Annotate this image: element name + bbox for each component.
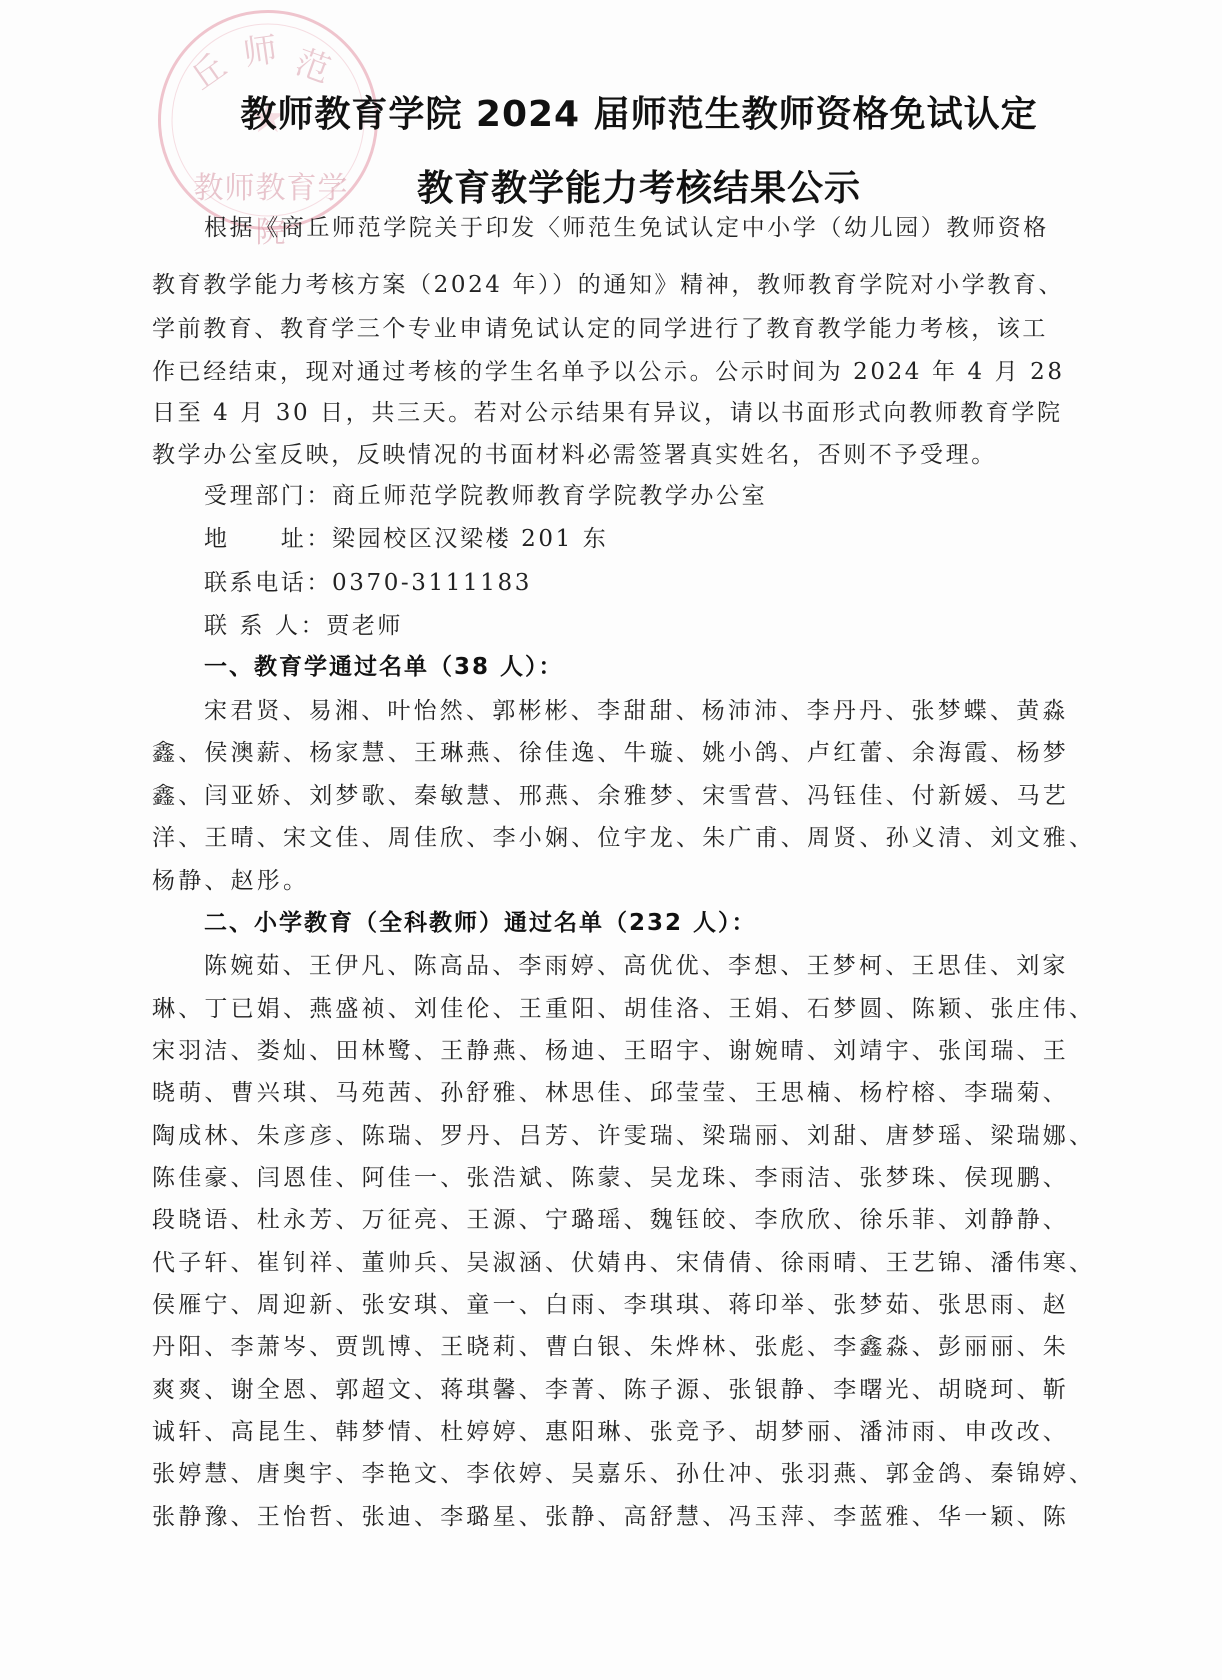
phone-label: 联系电话：: [204, 570, 332, 596]
name-list-line: 陈佳豪、闫恩佳、阿佳一、张浩斌、陈蒙、吴龙珠、李雨洁、张梦珠、侯现鹏、: [152, 1163, 1032, 1193]
person-label: 联 系 人：: [204, 613, 326, 639]
address-value: 梁园校区汉梁楼 201 东: [332, 526, 608, 552]
name-list-line: 鑫、侯澳薪、杨家慧、王琳燕、徐佳逸、牛璇、姚小鸽、卢红蕾、余海霞、杨梦: [152, 738, 1032, 768]
paragraph-line: 教学办公室反映，反映情况的书面材料必需签署真实姓名，否则不予受理。: [152, 440, 1032, 470]
name-list-line: 晓萌、曹兴琪、马苑茜、孙舒雅、林思佳、邱莹莹、王思楠、杨柠榕、李瑞菊、: [152, 1078, 1032, 1108]
document-title-line2: 教育教学能力考核结果公示: [28, 160, 1222, 211]
paragraph-line: 教育教学能力考核方案（2024 年））的通知》精神，教师教育学院对小学教育、: [152, 270, 1032, 300]
name-list-line: 爽爽、谢全恩、郭超文、蒋琪馨、李菁、陈子源、张银静、李曙光、胡晓珂、靳: [152, 1375, 1032, 1405]
name-list-line: 段晓语、杜永芳、万征亮、王源、宁璐瑶、魏钰皎、李欣欣、徐乐菲、刘静静、: [152, 1205, 1032, 1235]
document-title-line1: 教师教育学院 2024 届师范生教师资格免试认定: [28, 86, 1222, 137]
name-list-line: 张婷慧、唐奥宇、李艳文、李依婷、吴嘉乐、孙仕冲、张羽燕、郭金鸽、秦锦婷、: [152, 1459, 1032, 1489]
name-list-line: 陈婉茹、王伊凡、陈高品、李雨婷、高优优、李想、王梦柯、王思佳、刘家: [204, 951, 1084, 981]
name-list-line: 鑫、闫亚娇、刘梦歌、秦敏慧、邢燕、余雅梦、宋雪营、冯钰佳、付新媛、马艺: [152, 781, 1032, 811]
section-heading-primary-education: 二、小学教育（全科教师）通过名单（232 人）：: [204, 908, 1084, 938]
name-list-line: 宋君贤、易湘、叶怡然、郭彬彬、李甜甜、杨沛沛、李丹丹、张梦蝶、黄淼: [204, 696, 1084, 726]
name-list-line: 丹阳、李萧岑、贾凯博、王晓莉、曹白银、朱烨林、张彪、李鑫淼、彭丽丽、朱: [152, 1332, 1032, 1362]
contact-department: 受理部门：商丘师范学院教师教育学院教学办公室: [204, 481, 1084, 511]
name-list-line: 杨静、赵彤。: [152, 866, 1032, 896]
paragraph-line: 根据《商丘师范学院关于印发〈师范生免试认定中小学（幼儿园）教师资格: [204, 213, 1084, 243]
paragraph-line: 日至 4 月 30 日，共三天。若对公示结果有异议，请以书面形式向教师教育学院: [152, 398, 1032, 428]
section-heading-education: 一、教育学通过名单（38 人）：: [204, 652, 1084, 682]
name-list-line: 代子轩、崔钊祥、董帅兵、吴淑涵、伏婧冉、宋倩倩、徐雨晴、王艺锦、潘伟寒、: [152, 1248, 1032, 1278]
name-list-line: 诚轩、高昆生、韩梦情、杜婷婷、惠阳琳、张竞予、胡梦丽、潘沛雨、申改改、: [152, 1417, 1032, 1447]
name-list-line: 侯雁宁、周迎新、张安琪、童一、白雨、李琪琪、蒋印举、张梦茹、张思雨、赵: [152, 1290, 1032, 1320]
name-list-line: 宋羽洁、娄灿、田林鹭、王静燕、杨迪、王昭宇、谢婉晴、刘靖宇、张闰瑞、王: [152, 1036, 1032, 1066]
name-list-line: 琳、丁已娟、燕盛祯、刘佳伦、王重阳、胡佳洛、王娟、石梦圆、陈颖、张庄伟、: [152, 994, 1032, 1024]
department-value: 商丘师范学院教师教育学院教学办公室: [332, 483, 767, 509]
name-list-line: 陶成林、朱彦彦、陈瑞、罗丹、吕芳、许雯瑞、梁瑞丽、刘甜、唐梦瑶、梁瑞娜、: [152, 1121, 1032, 1151]
name-list-line: 张静豫、王怡哲、张迪、李璐星、张静、高舒慧、冯玉萍、李蓝雅、华一颖、陈: [152, 1502, 1032, 1532]
contact-phone: 联系电话：0370-3111183: [204, 568, 1084, 598]
name-list-line: 洋、王晴、宋文佳、周佳欣、李小娴、位宇龙、朱广甫、周贤、孙义清、刘文雅、: [152, 823, 1032, 853]
department-label: 受理部门：: [204, 483, 332, 509]
contact-person: 联 系 人：贾老师: [204, 611, 1084, 641]
address-label: 地 址：: [204, 526, 332, 552]
document-page: 丘 师 范 ★ 教师教育学院 教师教育学院 2024 届师范生教师资格免试认定 …: [0, 0, 1222, 1680]
contact-address: 地 址：梁园校区汉梁楼 201 东: [204, 524, 1084, 554]
paragraph-line: 学前教育、教育学三个专业申请免试认定的同学进行了教育教学能力考核，该工: [152, 314, 1032, 344]
phone-value: 0370-3111183: [332, 570, 532, 596]
paragraph-line: 作已经结束，现对通过考核的学生名单予以公示。公示时间为 2024 年 4 月 2…: [152, 357, 1032, 387]
person-value: 贾老师: [326, 613, 403, 639]
svg-text:范: 范: [290, 42, 336, 91]
svg-text:师: 师: [241, 30, 280, 74]
